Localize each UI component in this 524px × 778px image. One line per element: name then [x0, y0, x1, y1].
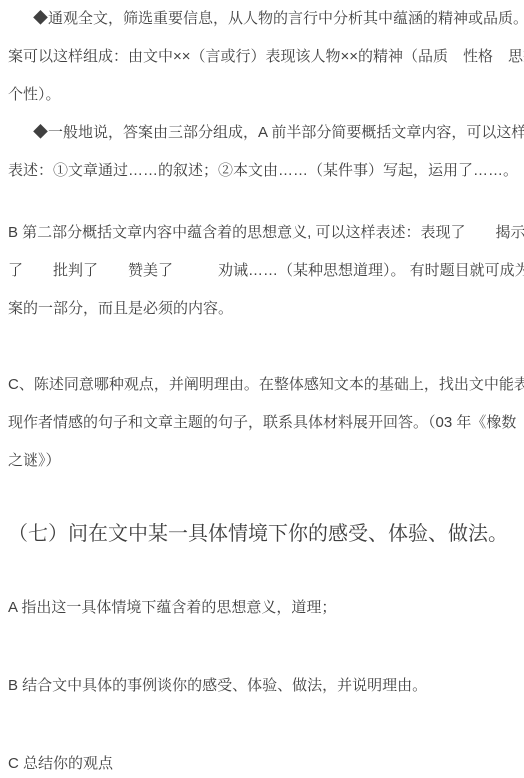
paragraph-part-b-meaning: B 第二部分概括文章内容中蕴含着的思想意义, 可以这样表述：表现了 揭示 了 批…	[8, 214, 516, 328]
text-line: 个性）。	[8, 76, 516, 114]
document-body: ◆通观全文，筛选重要信息，从人物的言行中分析其中蕴涵的精神或品质。答 案可以这样…	[0, 0, 524, 778]
paragraph-part-c-viewpoint: C、陈述同意哪种观点，并阐明理由。在整体感知文本的基础上，找出文中能表 现作者情…	[8, 366, 516, 480]
text-line: B 结合文中具体的事例谈你的感受、体验、做法，并说明理由。	[8, 667, 516, 705]
text-line: B 第二部分概括文章内容中蕴含着的思想意义, 可以这样表述：表现了 揭示	[8, 214, 516, 252]
paragraph-point-a: A 指出这一具体情境下蕴含着的思想意义，道理；	[8, 589, 516, 627]
text-line: 现作者情感的句子和文章主题的句子，联系具体材料展开回答。（03 年《橡数	[8, 404, 516, 442]
paragraph-analyze-character: ◆通观全文，筛选重要信息，从人物的言行中分析其中蕴涵的精神或品质。答 案可以这样…	[8, 0, 516, 114]
paragraph-answer-three-parts: ◆一般地说，答案由三部分组成，A 前半部分简要概括文章内容，可以这样 表述：①文…	[8, 114, 516, 190]
text-line: 案可以这样组成：由文中××（言或行）表现该人物××的精神（品质 性格 思想	[8, 38, 516, 76]
text-line: A 指出这一具体情境下蕴含着的思想意义，道理；	[8, 589, 516, 627]
text-line: C 总结你的观点	[8, 745, 516, 778]
section-heading-seven: （七）问在文中某一具体情境下你的感受、体验、做法。	[8, 519, 516, 549]
paragraph-point-b: B 结合文中具体的事例谈你的感受、体验、做法，并说明理由。	[8, 667, 516, 705]
paragraph-point-c: C 总结你的观点	[8, 745, 516, 778]
text-line: 了 批判了 赞美了 劝诫……（某种思想道理）。 有时题目就可成为答	[8, 252, 516, 290]
text-line: ◆通观全文，筛选重要信息，从人物的言行中分析其中蕴涵的精神或品质。答	[8, 0, 516, 38]
text-line: ◆一般地说，答案由三部分组成，A 前半部分简要概括文章内容，可以这样	[8, 114, 516, 152]
text-line: C、陈述同意哪种观点，并阐明理由。在整体感知文本的基础上，找出文中能表	[8, 366, 516, 404]
text-line: 之谜》）	[8, 442, 516, 480]
text-line: 表述：①文章通过……的叙述；②本文由……（某件事）写起，运用了……。	[8, 152, 516, 190]
text-line: 案的一部分，而且是必须的内容。	[8, 290, 516, 328]
